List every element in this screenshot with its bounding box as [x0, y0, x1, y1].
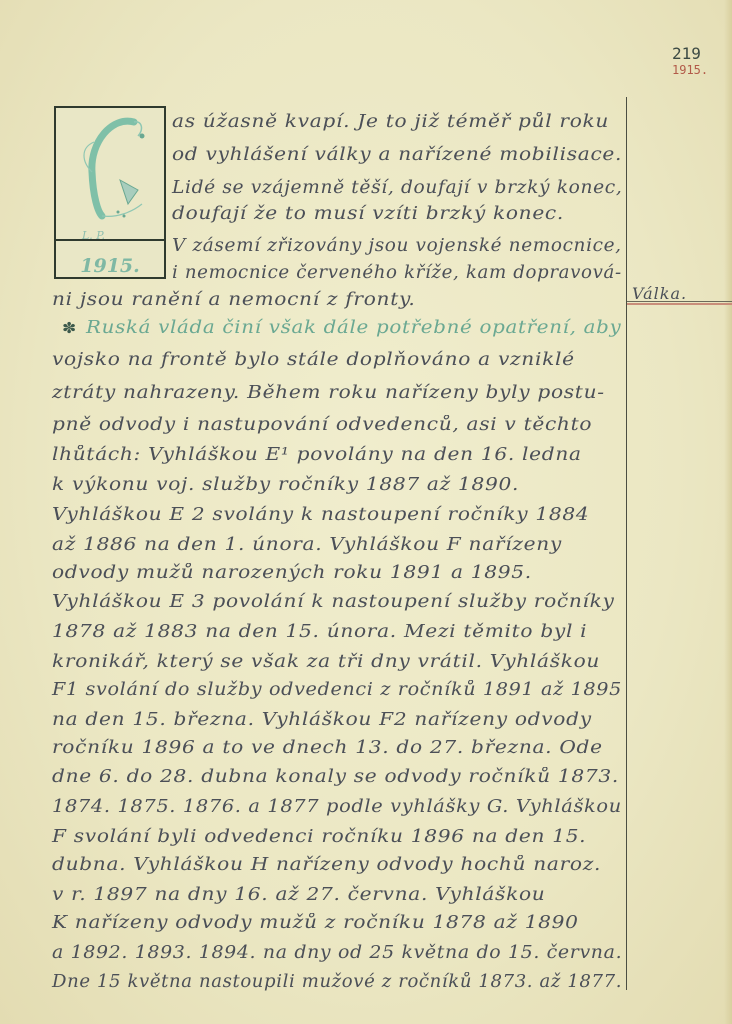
flower-icon: ✽ [62, 319, 77, 337]
text-line: v r. 1897 na dny 16. až 27. června. Vyhl… [52, 885, 545, 905]
text-line: 1878 až 1883 na den 15. února. Mezi těmi… [52, 622, 587, 642]
text-line: Dne 15 května nastoupili mužové z ročník… [52, 972, 622, 992]
initial-letter-c-icon [72, 112, 152, 232]
text-line: doufají že to musí vzíti brzký konec. [172, 204, 564, 224]
text-line: Vyhláškou E 2 svolány k nastoupení roční… [52, 505, 589, 525]
text-line: Lidé se vzájemně těší, doufají v brzký k… [172, 178, 622, 198]
text-line: kronikář, který se však za tři dny vráti… [52, 652, 600, 672]
text-line: od vyhlášení války a nařízené mobilisace… [172, 145, 622, 165]
page-year: 1915. [672, 63, 708, 77]
text-line: F svolání byli odvedenci ročníku 1896 na… [52, 827, 586, 847]
text-line: dubna. Vyhláškou H nařízeny odvody hochů… [52, 855, 601, 875]
text-line: ni jsou ranění a nemocní z fronty. [52, 290, 415, 310]
text-line: pně odvody i nastupování odvedenců, asi … [52, 415, 592, 435]
text-line: 1874. 1875. 1876. a 1877 podle vyhlášky … [52, 797, 622, 817]
text-line: a 1892. 1893. 1894. na dny od 25 května … [52, 943, 622, 963]
text-line: as úžasně kvapí. Je to již téměř půl rok… [172, 112, 609, 132]
margin-rule [626, 97, 627, 990]
text-line: vojsko na frontě bylo stále doplňováno a… [52, 350, 575, 370]
text-line: až 1886 na den 1. února. Vyhláškou F nař… [52, 535, 562, 555]
paper-edge [724, 0, 732, 1024]
text-line: K nařízeny odvody mužů z ročníku 1878 až… [52, 913, 579, 933]
text-line: odvody mužů narozených roku 1891 a 1895. [52, 563, 532, 583]
margin-note: Válka. [632, 284, 687, 303]
initial-label: L. P. [82, 229, 105, 243]
initial-year: L. P. 1915. [58, 241, 162, 277]
text-line: F1 svolání do služby odvedenci z ročníků… [52, 680, 622, 700]
text-line: Vyhláškou E 3 povolání k nastoupení služ… [52, 592, 615, 612]
text-line: ztráty nahrazeny. Během roku nařízeny by… [52, 383, 605, 403]
margin-note-underline [627, 303, 732, 305]
text-line: k výkonu voj. služby ročníky 1887 až 189… [52, 475, 519, 495]
text-line: dne 6. do 28. dubna konaly se odvody roč… [52, 767, 619, 787]
text-line-content: Ruská vláda činí však dále potřebné opat… [86, 318, 621, 338]
text-line: ročníku 1896 a to ve dnech 13. do 27. bř… [52, 738, 603, 758]
text-line-highlighted: ✽Ruská vláda činí však dále potřebné opa… [62, 318, 621, 338]
page-number: 219 [672, 44, 701, 63]
text-line: lhůtách: Vyhláškou E¹ povolány na den 16… [52, 445, 582, 465]
decorative-initial-box: L. P. 1915. [54, 106, 166, 279]
text-line: i nemocnice červeného kříže, kam dopravo… [172, 263, 622, 283]
text-line: V zásemí zřizovány jsou vojenské nemocni… [172, 236, 622, 256]
text-line: na den 15. března. Vyhláškou F2 nařízeny… [52, 710, 592, 730]
initial-year-text: 1915. [80, 255, 140, 277]
